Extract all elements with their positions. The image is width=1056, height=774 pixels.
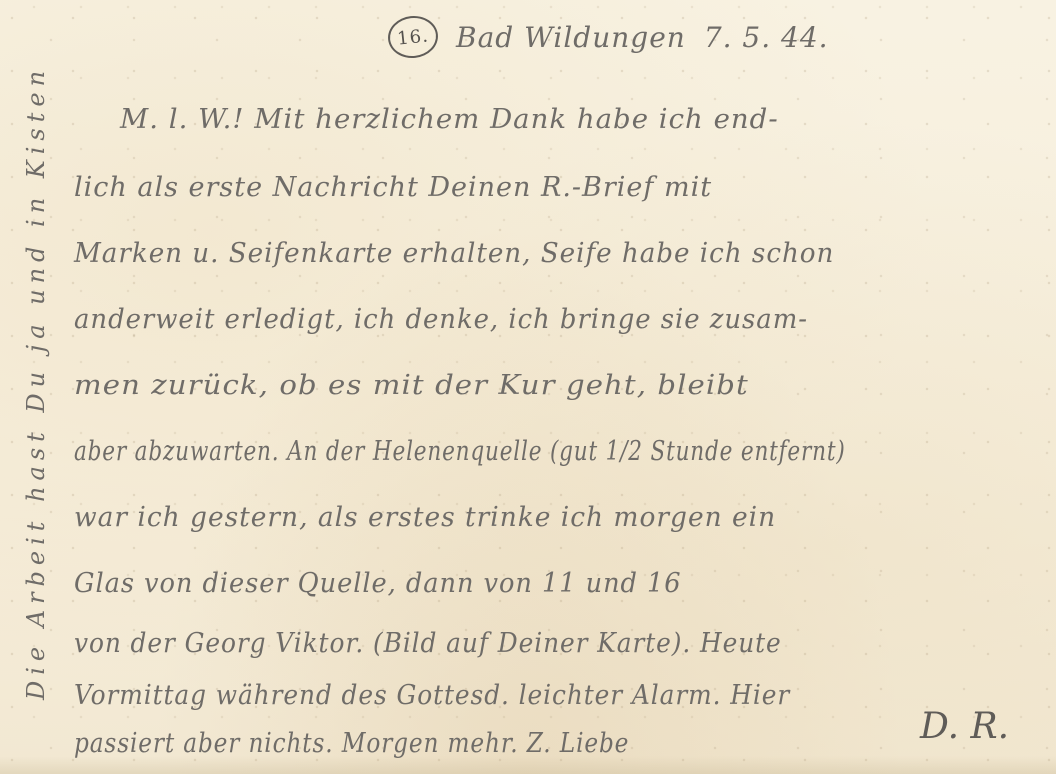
paper-edge-shadow	[0, 756, 1056, 774]
body-line-1: M. l. W.! Mit herzlichem Dank habe ich e…	[120, 104, 779, 135]
body-line-9: von der Georg Viktor. (Bild auf Deiner K…	[74, 628, 782, 659]
header-place: Bad Wildungen	[456, 21, 686, 54]
body-line-4: anderweit erledigt, ich denke, ich bring…	[74, 304, 808, 335]
signature: D. R.	[920, 706, 1009, 747]
body-line-7: war ich gestern, als erstes trinke ich m…	[74, 502, 776, 533]
body-line-11: passiert aber nichts. Morgen mehr. Z. Li…	[74, 728, 629, 759]
body-line-5: men zurück, ob es mit der Kur geht, blei…	[74, 370, 749, 401]
body-line-10: Vormittag während des Gottesd. leichter …	[74, 680, 790, 711]
postcard-paper: 16. Bad Wildungen 7. 5. 44. M. l. W.! Mi…	[0, 0, 1056, 774]
body-line-6: aber abzuwarten. An der Helenenquelle (g…	[74, 436, 846, 467]
margin-note-vertical: Die Arbeit hast Du ja und in Kisten	[22, 65, 50, 700]
body-line-3: Marken u. Seifenkarte erhalten, Seife ha…	[74, 238, 834, 269]
body-line-8: Glas von dieser Quelle, dann von 11 und …	[74, 568, 682, 599]
page-number-circle: 16.	[386, 14, 440, 61]
letter-header: 16. Bad Wildungen 7. 5. 44.	[388, 16, 829, 58]
body-line-2: lich als erste Nachricht Deinen R.-Brief…	[74, 172, 712, 203]
header-date: 7. 5. 44.	[704, 21, 829, 54]
